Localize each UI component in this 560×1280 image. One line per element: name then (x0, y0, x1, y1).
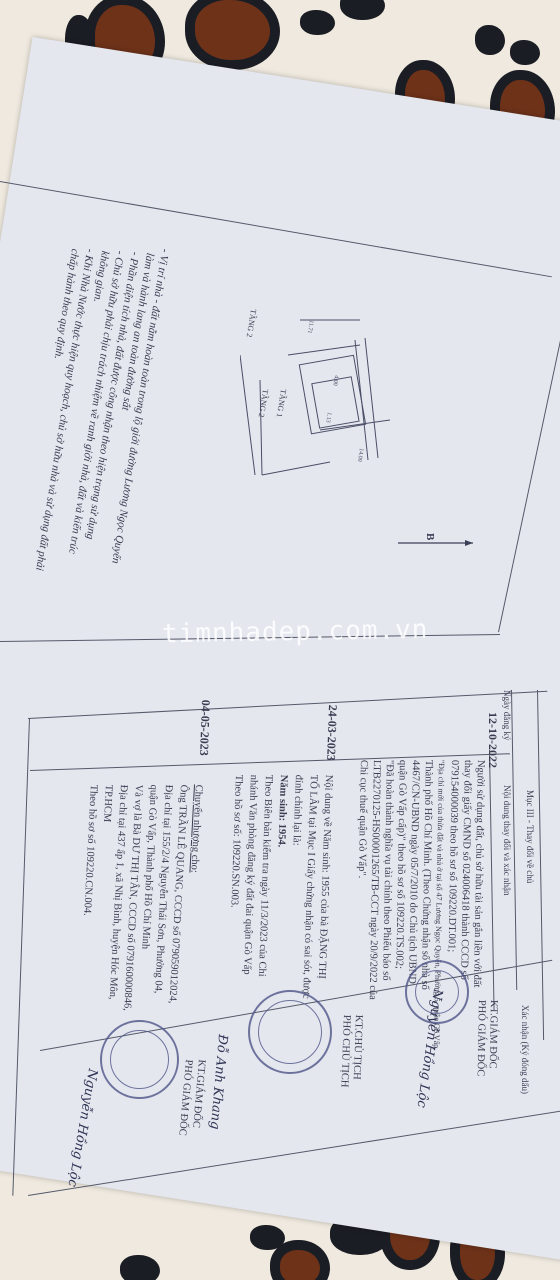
document-paper (0, 37, 560, 1264)
